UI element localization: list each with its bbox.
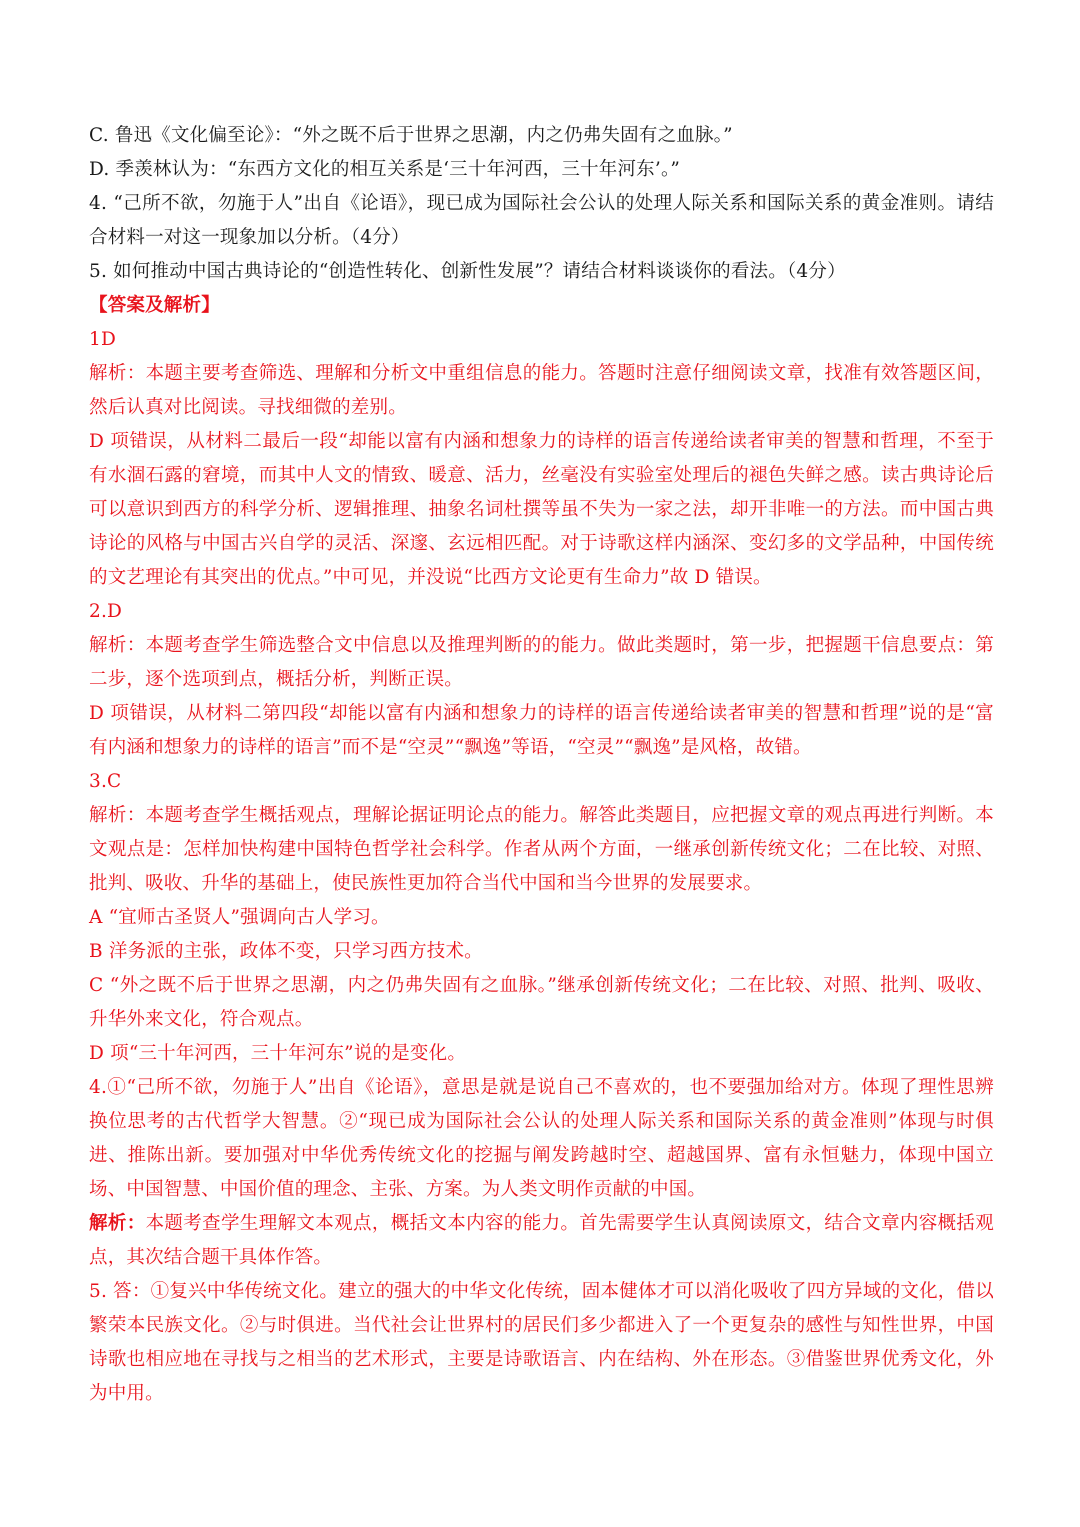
- answer-3-option-b: B 洋务派的主张，政体不变，只学习西方技术。: [89, 935, 994, 969]
- question-4: 4. “己所不欲，勿施于人”出自《论语》，现已成为国际社会公认的处理人际关系和国…: [89, 187, 994, 255]
- answer-4-analysis-block: 解析：本题考查学生理解文本观点，概括文本内容的能力。首先需要学生认真阅读原文，结…: [89, 1207, 994, 1275]
- answer-3-option-d: D 项“三十年河西，三十年河东”说的是变化。: [89, 1037, 994, 1071]
- answer-3-analysis: 解析：本题考查学生概括观点，理解论据证明论点的能力。解答此类题目，应把握文章的观…: [89, 799, 994, 901]
- answer-3: 3.C: [89, 765, 994, 799]
- answer-3-option-c: C “外之既不后于世界之思潮，内之仍弗失固有之血脉。”继承创新传统文化；二在比较…: [89, 969, 994, 1037]
- question-5: 5. 如何推动中国古典诗论的“创造性转化、创新性发展”？请结合材料谈谈你的看法。…: [89, 255, 994, 289]
- answer-2-detail: D 项错误，从材料二第四段“却能以富有内涵和想象力的诗样的语言传递给读者审美的智…: [89, 697, 994, 765]
- answer-1: 1D: [89, 323, 994, 357]
- question-option-c: C. 鲁迅《文化偏至论》：“外之既不后于世界之思潮，内之仍弗失固有之血脉。”: [89, 119, 994, 153]
- answer-3-option-a: A “宜师古圣贤人”强调向古人学习。: [89, 901, 994, 935]
- answer-5: 5. 答：①复兴中华传统文化。建立的强大的中华文化传统，固本健体才可以消化吸收了…: [89, 1275, 994, 1411]
- question-option-d: D. 季羡林认为：“东西方文化的相互关系是‘三十年河西，三十年河东’。”: [89, 153, 994, 187]
- answer-1-analysis: 解析：本题主要考查筛选、理解和分析文中重组信息的能力。答题时注意仔细阅读文章，找…: [89, 357, 994, 425]
- answers-heading: 【答案及解析】: [89, 289, 994, 323]
- answer-4-analysis: 本题考查学生理解文本观点，概括文本内容的能力。首先需要学生认真阅读原文，结合文章…: [89, 1213, 994, 1268]
- answer-4-analysis-label: 解析：: [89, 1213, 146, 1234]
- answer-2-analysis: 解析：本题考查学生筛选整合文中信息以及推理判断的的能力。做此类题时，第一步，把握…: [89, 629, 994, 697]
- answer-2: 2.D: [89, 595, 994, 629]
- document-page: C. 鲁迅《文化偏至论》：“外之既不后于世界之思潮，内之仍弗失固有之血脉。” D…: [89, 119, 994, 1411]
- answer-4: 4.①“己所不欲，勿施于人”出自《论语》，意思是就是说自己不喜欢的，也不要强加给…: [89, 1071, 994, 1207]
- answer-1-detail: D 项错误，从材料二最后一段“却能以富有内涵和想象力的诗样的语言传递给读者审美的…: [89, 425, 994, 595]
